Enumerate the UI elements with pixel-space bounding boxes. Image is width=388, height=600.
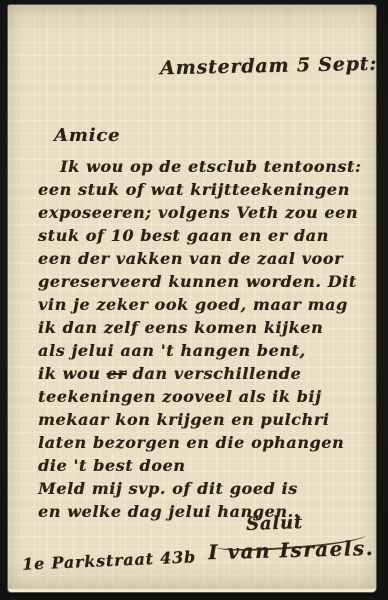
letter-paper: Amsterdam 5 Sept: Amice Ik wou op de ets… <box>8 5 376 592</box>
letter-line: gereserveerd kunnen worden. Dit <box>38 270 368 293</box>
letter-line: een stuk of wat krijtteekeningen <box>38 178 368 201</box>
letter-line: teekeningen zooveel als ik bij <box>38 385 368 408</box>
letter-line: vin je zeker ook goed, maar mag <box>38 293 368 316</box>
letter-line: mekaar kon krijgen en pulchri <box>38 408 368 431</box>
letter-line: laten bezorgen en die ophangen <box>38 431 368 454</box>
letter-line-text: dan verschillende <box>126 364 301 383</box>
letter-line: die 't best doen <box>38 454 368 477</box>
address-line: 1e Parkstraat 43b <box>22 547 197 574</box>
closing-salut: Salut <box>246 512 304 535</box>
letter-line: ik wou er dan verschillende <box>38 362 368 385</box>
signature: I van Israels. <box>208 536 375 564</box>
salutation: Amice <box>54 125 120 146</box>
letter-line: een der vakken van de zaal voor <box>38 247 368 270</box>
letter-line: als jelui aan 't hangen bent, <box>38 339 368 362</box>
date-line: Amsterdam 5 Sept: <box>160 53 377 80</box>
letter-body: Ik wou op de etsclub tentoonst:een stuk … <box>38 155 368 523</box>
letter-line: en welke dag jelui hangen.. <box>38 500 368 523</box>
letter-line-text: ik wou <box>38 364 107 383</box>
letter-line: ik dan zelf eens komen kijken <box>38 316 368 339</box>
letter-line: exposeeren; volgens Veth zou een <box>38 201 368 224</box>
letter-line: Meld mij svp. of dit goed is <box>38 477 368 500</box>
letter-photo: Amsterdam 5 Sept: Amice Ik wou op de ets… <box>0 0 388 600</box>
struck-word: er <box>107 364 127 383</box>
letter-line: Ik wou op de etsclub tentoonst: <box>38 155 368 178</box>
letter-line: stuk of 10 best gaan en er dan <box>38 224 368 247</box>
